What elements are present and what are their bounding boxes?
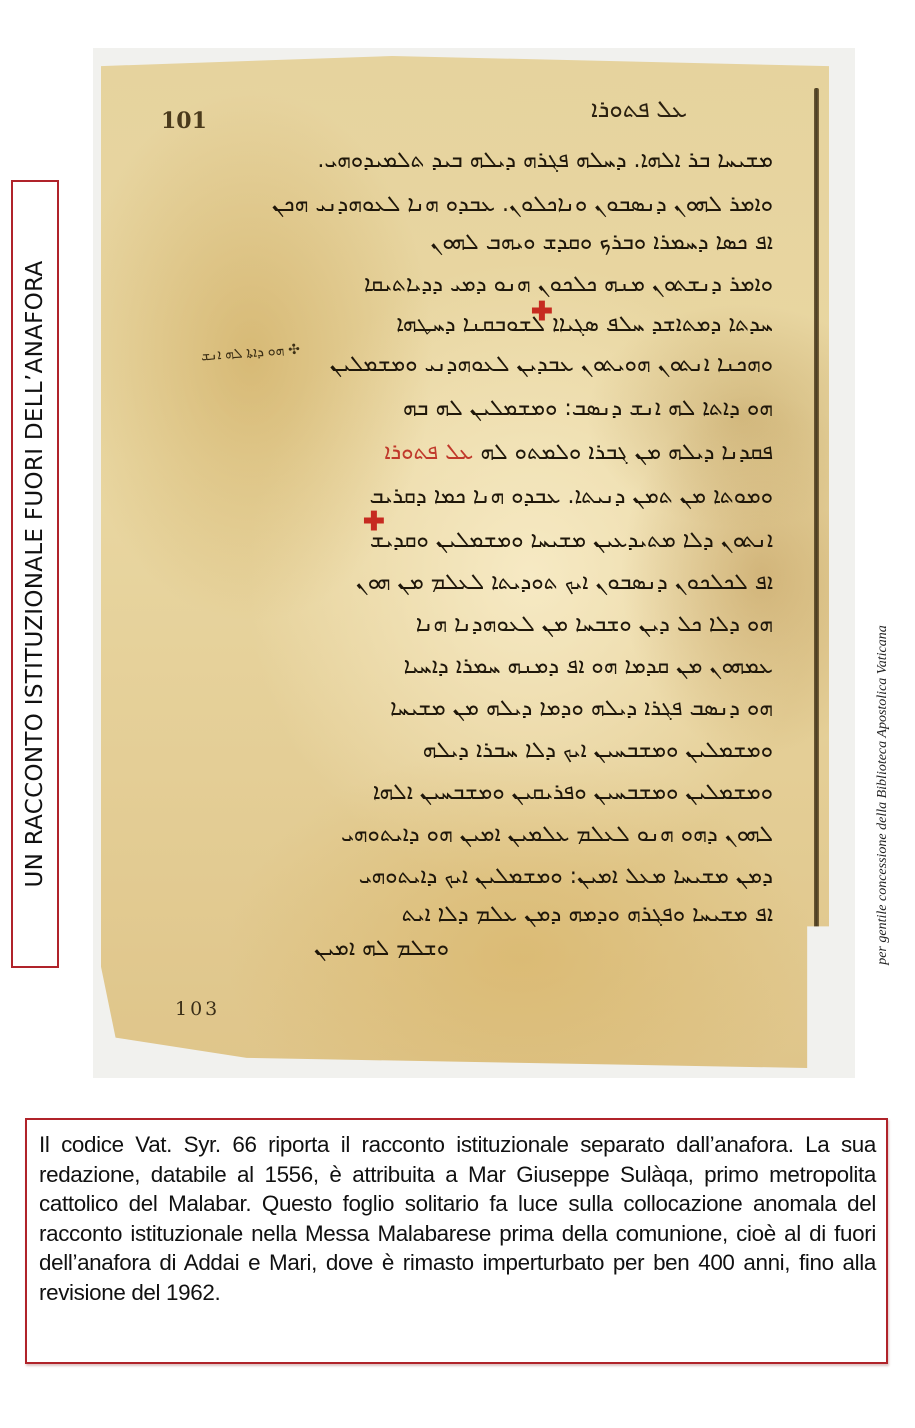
script-line: ܘܗܟܢܐ ܐܢܬܘܢ ܗܘܝܬܘܢ ܥܒܕܝܢ ܠܥܘܗܕܢܝ ܘܡܫܡܠܝܢ (330, 352, 773, 382)
script-line: ܘܡܫܡܠܝܢ ܘܡܫܒܚܝܢ ܘܦܪܝܩܝܢ ܘܡܫܒܚܝܢ ܐܠܗܐ (373, 780, 773, 810)
script-line: ܘܐܡܪ ܠܗܘܢ ܕܢܣܒܘܢ ܘܢܐܟܠܘܢ. ܥܒܕܘ ܗܢܐ ܠܥܘܗܕ… (272, 192, 773, 222)
script-line: ܠܗܘܢ ܕܗܘ ܗܢܘ ܠܥܠܡ ܥܠܡܝܢ ܐܡܝܢ ܗܘ ܕܐܝܬܘܗܝ (341, 822, 773, 852)
folio-number-top: 101 (161, 108, 207, 134)
red-cross-icon: ✚ (363, 506, 385, 537)
manuscript-folio: 101 ܥܠ ܦܬܘܪܐ ܗܘ ܕܐܬܐ ܠܗ ܐܢܫ ✣ ܡܫܝܚܐ ܒܪ ܐ… (101, 56, 829, 1068)
folio-number-bottom: 103 (175, 998, 220, 1020)
script-line: ܗܘ ܕܐܬܐ ܠܗ ܐܢܫ ܕܢܣܒ: ܘܡܫܡܠܝܢ ܠܗ ܒܗ (403, 396, 773, 426)
script-line: ܘܫܠܡ ܠܗ ܐܡܝܢ (314, 936, 449, 966)
script-line: ܗܘ ܕܢܣܒ ܦܓܪܐ ܕܝܠܗ ܘܕܡܐ ܕܝܠܗ ܡܢ ܡܫܝܚܐ (390, 696, 773, 726)
red-cross-icon: ✚ (531, 296, 553, 327)
script-line: ܘܐܡܪ ܕܢܫܬܘܢ ܡܢܗ ܟܠܟܘܢ ܗܢܘ ܕܡܝ ܕܕܝܐܬܝܩܐ (364, 272, 773, 302)
script-line: ܚܕܬܐ ܕܡܬܐܫܕ ܚܠܦ ܣܓܝܐܐ ܠܫܘܒܩܢܐ ܕܚܛܗܐ (396, 312, 773, 342)
running-head: ܥܠ ܦܬܘܪܐ (591, 96, 687, 124)
script-line: ܗܘ ܕܠܐ ܟܠ ܕܝܢ ܘܫܒܚܐ ܡܢ ܠܥܘܗܕܢܐ ܗܢܐ (416, 612, 773, 642)
script-line: ܐܦ ܠܟܠܟܘܢ ܕܢܣܒܘܢ ܐܝܟ ܬܘܕܝܬܐ ܠܥܠܡ ܡܢ ܗܘܢ (356, 570, 773, 600)
script-line: ܘܡܘܬܐ ܡܢ ܬܡܢ ܕܢܝܬܐ. ܥܒܕܘ ܗܢܐ ܟܡܐ ܕܩܪܝܒ (370, 484, 773, 514)
script-line: ܐܢܬܘܢ ܕܠܐ ܡܬܝܕܥܝܢ ܡܫܝܚܐ ܘܡܫܡܠܝܢ ܘܩܕܝܫ (370, 528, 773, 558)
script-line: ܦܩܕܢܐ ܕܝܠܗ ܡܢ ܓܒܪܐ ܘܠܡܬܘ ܠܗ ܥܠ ܦܬܘܪܐ (384, 440, 773, 470)
folio-binding-edge (814, 88, 819, 1048)
side-title-box: UN RACCONTO ISTITUZIONALE FUORI DELL’ANA… (11, 180, 59, 968)
caption-box: Il codice Vat. Syr. 66 riporta il raccon… (25, 1118, 888, 1364)
manuscript-image: 101 ܥܠ ܦܬܘܪܐ ܗܘ ܕܐܬܐ ܠܗ ܐܢܫ ✣ ܡܫܝܚܐ ܒܪ ܐ… (93, 48, 855, 1078)
script-line: ܐܦ ܡܫܝܚܐ ܘܦܓܪܗ ܘܕܡܗ ܕܡܢ ܥܠܡ ܕܠܐ ܐܝܬ (402, 902, 773, 932)
caption-text: Il codice Vat. Syr. 66 riporta il raccon… (39, 1130, 876, 1308)
script-line: ܐܦ ܟܣܐ ܕܚܡܪܐ ܘܒܪܟ ܘܩܕܫ ܘܝܗܒ ܠܗܘܢ (430, 230, 773, 260)
margin-note: ܗܘ ܕܐܬܐ ܠܗ ܐܢܫ ✣ (201, 341, 301, 365)
script-line: ܡܫܝܚܐ ܒܪ ܐܠܗܐ. ܕܚܠܗ ܦܓܪܗ ܕܝܠܗ ܒܝܕ ܬܠܡܝܕܘ… (317, 148, 773, 178)
image-credit: per gentile concessione della Biblioteca… (875, 625, 891, 965)
script-line: ܥܡܗܘܢ ܡܢ ܩܕܡܐ ܗܘ ܐܦ ܕܡܢܗ ܚܡܪܐ ܕܐܚܝܐ (404, 654, 773, 684)
script-line: ܘܡܫܡܠܝܢ ܘܡܫܒܚܝܢ ܐܝܟ ܕܠܐ ܚܒܪܐ ܕܝܠܗ (423, 738, 773, 768)
side-title: UN RACCONTO ISTITUZIONALE FUORI DELL’ANA… (22, 261, 48, 888)
script-line: ܕܡܢ ܡܫܝܚܐ ܡܥܠ ܐܡܝܢ: ܘܡܫܡܠܝܢ ܐܝܟ ܕܐܝܬܘܗܝ (359, 864, 773, 894)
rubric-red: ܥܠ ܦܬܘܪܐ (384, 440, 473, 465)
